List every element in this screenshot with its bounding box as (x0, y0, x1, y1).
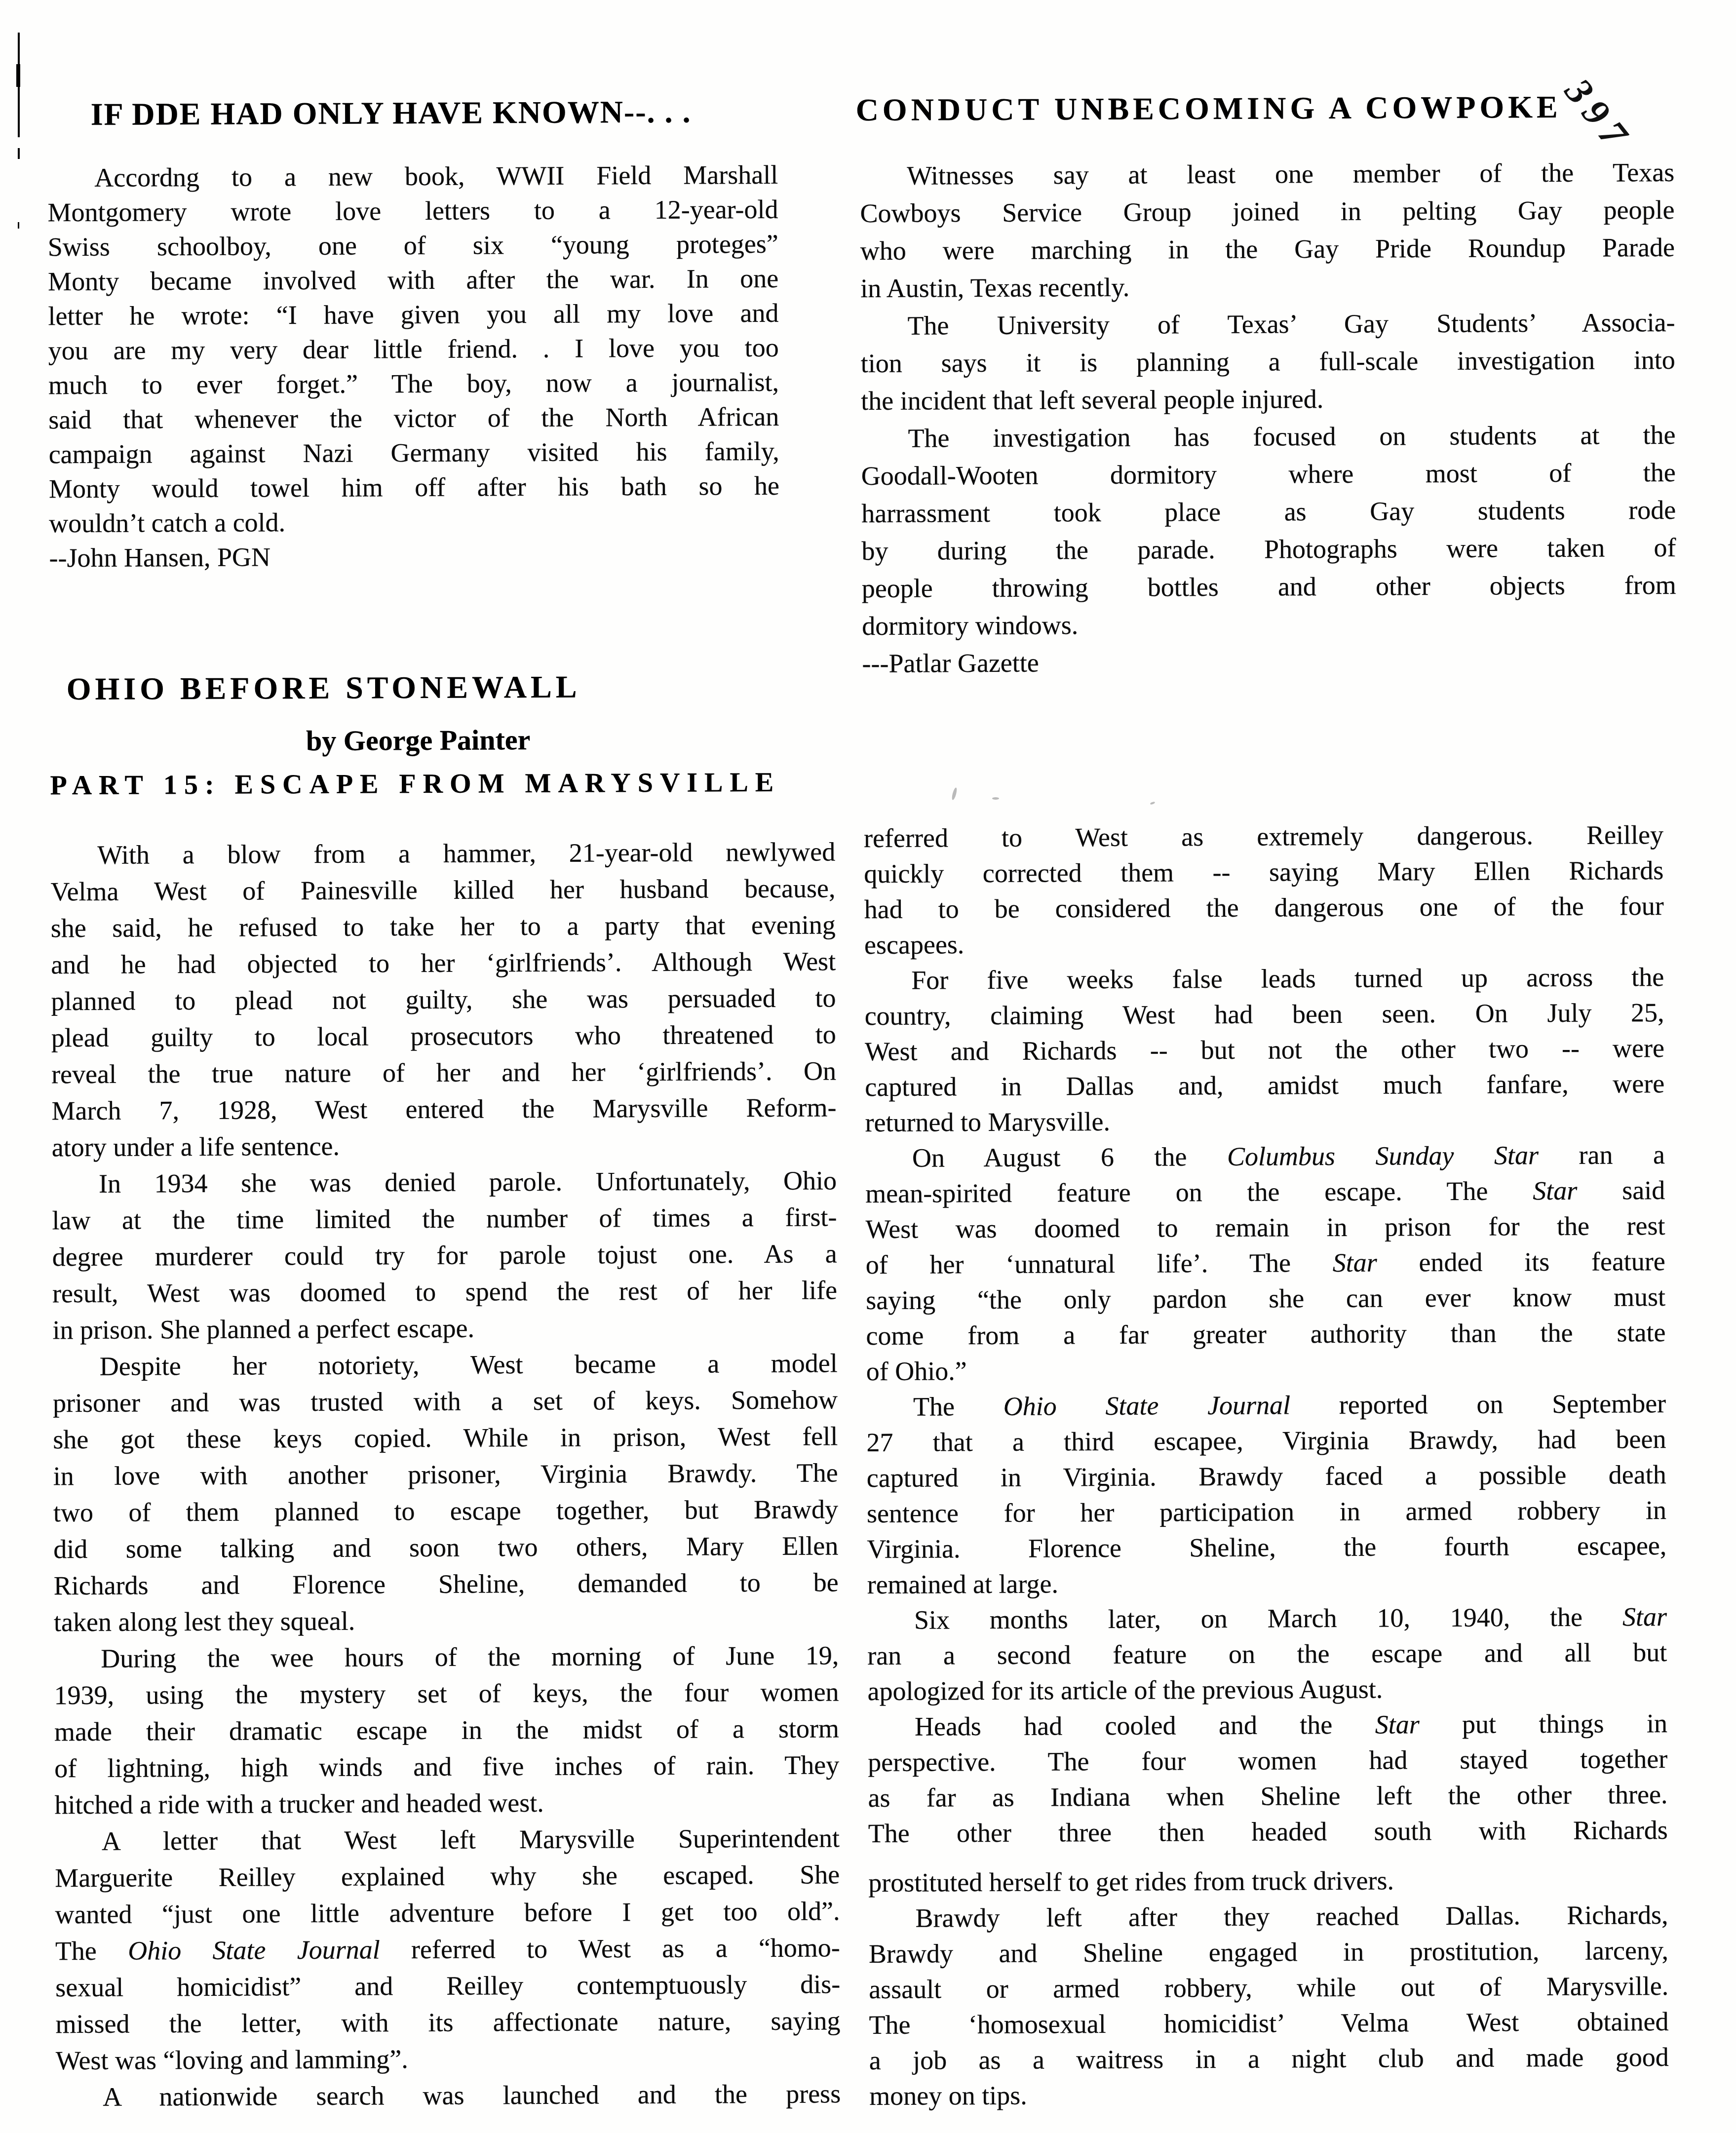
text-line: made their dramatic escape in the midst … (54, 1710, 839, 1750)
paragraph: Six months later, on March 10, 1940, the… (867, 1599, 1667, 1709)
text-line: West and Richards -- but not the other t… (865, 1030, 1664, 1069)
text-line: remained at large. (867, 1563, 1666, 1602)
text-line: people throwing bottles and other object… (862, 566, 1676, 607)
text-line: prostituted herself to get rides from tr… (868, 1862, 1668, 1900)
text-line: saying “the only pardon she can ever kno… (866, 1279, 1665, 1318)
paragraph: In 1934 she was denied parole. Unfortuna… (52, 1162, 838, 1348)
paragraph: For five weeks false leads turned up acr… (864, 959, 1665, 1140)
paragraph: During the wee hours of the morning of J… (54, 1637, 840, 1823)
text-line: The Ohio State Journal reported on Septe… (866, 1386, 1666, 1425)
text-line: With a blow from a hammer, 21-year-old n… (50, 833, 835, 873)
text-line: Brawdy and Sheline engaged in prostituti… (869, 1933, 1668, 1972)
text-line: assault or armed robbery, while out of M… (869, 1968, 1668, 2007)
text-line: in love with another prisoner, Virginia … (53, 1454, 838, 1494)
text-line: come from a far greater authority than t… (866, 1315, 1665, 1354)
text-line: letter he wrote: “I have given you all m… (48, 296, 778, 333)
page-content: 397 IF DDE HAD ONLY HAVE KNOWN--. . . CO… (0, 0, 1736, 2133)
text-line: The other three then headed south with R… (868, 1812, 1668, 1851)
text-line: you are my very dear little friend. . I … (48, 330, 779, 368)
text-line: During the wee hours of the morning of J… (54, 1637, 839, 1677)
text-line: returned to Marysville. (865, 1101, 1664, 1140)
paragraph: referred to West as extremely dangerous.… (864, 817, 1664, 963)
text-line: Marguerite Reilley explained why she esc… (55, 1856, 840, 1896)
text-line: atory under a life sentence. (52, 1125, 837, 1165)
handwritten-page-number: 397 (1556, 70, 1642, 161)
text-line: of Ohio.” (866, 1350, 1666, 1389)
text-line: sentence for her participation in armed … (867, 1492, 1666, 1531)
text-line: did some talking and soon two others, Ma… (53, 1527, 838, 1567)
paragraph: The investigation has focused on student… (861, 416, 1676, 645)
text-line: --John Hansen, PGN (49, 538, 779, 575)
text-line: wouldn’t catch a cold. (49, 503, 779, 541)
text-line: much to ever forget.” The boy, now a jou… (48, 365, 779, 402)
text-line: missed the letter, with its affectionate… (55, 2002, 840, 2042)
text-line: money on tips. (869, 2075, 1669, 2114)
paragraph: On August 6 the Columbus Sunday Star ran… (865, 1137, 1666, 1389)
text-line: 1939, using the mystery set of keys, the… (54, 1673, 839, 1713)
text-line: For five weeks false leads turned up acr… (864, 959, 1664, 998)
text-line: wanted “just one little adventure before… (55, 1893, 840, 1933)
text-line: country, claiming West had been seen. On… (864, 995, 1664, 1034)
text-line: who were marching in the Gay Pride Round… (860, 229, 1675, 270)
text-line: West was “loving and lamming”. (56, 2039, 841, 2079)
text-line: On August 6 the Columbus Sunday Star ran… (865, 1137, 1665, 1176)
paragraph: Brawdy left after they reached Dallas. R… (868, 1897, 1669, 2114)
text-line: The Ohio State Journal referred to West … (55, 1929, 840, 1969)
text-line: plead guilty to local prosecutors who th… (51, 1016, 836, 1056)
article-body-ohio-right-column: referred to West as extremely dangerous.… (864, 817, 1669, 2114)
text-line: of lightning, high winds and five inches… (54, 1746, 839, 1786)
text-line: Brawdy left after they reached Dallas. R… (868, 1897, 1668, 1936)
text-line: Heads had cooled and the Star put things… (868, 1706, 1667, 1745)
article-headline-dde: IF DDE HAD ONLY HAVE KNOWN--. . . (90, 94, 691, 133)
paragraph: Accordng to a new book, WWII Field Marsh… (47, 157, 779, 541)
paragraph: Despite her notoriety, West became a mod… (52, 1345, 839, 1640)
text-line: sexual homicidist” and Reilley contemptu… (55, 1966, 840, 2006)
scanned-newsletter-page: 397 IF DDE HAD ONLY HAVE KNOWN--. . . CO… (0, 0, 1736, 2133)
text-line: taken along lest they squeal. (54, 1600, 839, 1640)
text-line: Virginia. Florence Sheline, the fourth e… (867, 1528, 1666, 1567)
article-body-cowpoke: Witnesses say at least one member of the… (860, 154, 1677, 682)
text-line: in prison. She planned a perfect escape. (52, 1308, 837, 1348)
text-line: Swiss schoolboy, one of six “young prote… (48, 227, 778, 264)
text-line: in Austin, Texas recently. (860, 266, 1675, 307)
text-line: ran a second feature on the escape and a… (867, 1634, 1667, 1673)
text-line: dormitory windows. (862, 604, 1676, 645)
text-line: The investigation has focused on student… (861, 416, 1675, 457)
text-line: campaign against Nazi Germany visited hi… (48, 434, 779, 471)
text-line: quickly corrected them -- saying Mary El… (864, 853, 1663, 892)
text-line: Goodall-Wooten dormitory where most of t… (861, 454, 1676, 495)
text-line: The ‘homosexual homicidist’ Velma West o… (869, 2004, 1668, 2043)
article-headline-ohio: OHIO BEFORE STONEWALL (66, 669, 580, 708)
text-line: said that whenever the victor of the Nor… (48, 399, 779, 437)
text-line: harrassment took place as Gay students r… (861, 491, 1676, 532)
paragraph: A letter that West left Marysville Super… (55, 1820, 841, 2079)
text-line: The University of Texas’ Gay Students’ A… (860, 304, 1675, 345)
article-byline-ohio: by George Painter (48, 722, 788, 759)
text-line: referred to West as extremely dangerous.… (864, 817, 1663, 856)
paragraph: Witnesses say at least one member of the… (860, 154, 1675, 307)
text-line: of her ‘unnatural life’. The Star ended … (866, 1243, 1665, 1282)
paragraph: Heads had cooled and the Star put things… (868, 1706, 1668, 1851)
text-line: Cowboys Service Group joined in pelting … (860, 191, 1674, 232)
text-line: apologized for its article of the previo… (867, 1670, 1667, 1709)
text-line: Six months later, on March 10, 1940, the… (867, 1599, 1667, 1638)
paragraph: --John Hansen, PGN (49, 538, 779, 575)
text-line: Accordng to a new book, WWII Field Marsh… (47, 157, 778, 195)
text-line: Richards and Florence Sheline, demanded … (53, 1564, 838, 1604)
text-line: A letter that West left Marysville Super… (55, 1820, 840, 1860)
paragraph: ---Patlar Gazette (862, 641, 1676, 682)
text-line: she said, he refused to take her to a pa… (51, 906, 836, 946)
paragraph: The Ohio State Journal reported on Septe… (866, 1386, 1667, 1602)
paragraph: With a blow from a hammer, 21-year-old n… (50, 833, 837, 1165)
text-line: two of them planned to escape together, … (53, 1491, 838, 1531)
article-body-ohio-left-column: With a blow from a hammer, 21-year-old n… (50, 833, 841, 2115)
text-line: captured in Dallas and, amidst much fanf… (865, 1066, 1664, 1105)
text-line: result, West was doomed to spend the res… (52, 1272, 837, 1312)
text-line: planned to plead not guilty, she was per… (51, 979, 836, 1019)
text-line: Velma West of Painesville killed her hus… (50, 870, 835, 910)
text-line: West was doomed to remain in prison for … (865, 1208, 1665, 1247)
text-line: Monty became involved with after the war… (48, 261, 778, 299)
text-line: a job as a waitress in a night club and … (869, 2039, 1669, 2078)
text-line: had to be considered the dangerous one o… (864, 888, 1663, 927)
text-line: In 1934 she was denied parole. Unfortuna… (52, 1162, 837, 1202)
article-headline-cowpoke: CONDUCT UNBECOMING A COWPOKE (855, 89, 1561, 128)
text-line: prisoner and was trusted with a set of k… (53, 1381, 838, 1421)
text-line: perspective. The four women had stayed t… (868, 1741, 1667, 1780)
text-line: by during the parade. Photographs were t… (861, 529, 1676, 570)
text-line: Montgomery wrote love letters to a 12-ye… (47, 192, 778, 230)
paragraph: The University of Texas’ Gay Students’ A… (860, 304, 1675, 420)
text-line: March 7, 1928, West entered the Marysvil… (51, 1089, 836, 1129)
text-line: hitched a ride with a trucker and headed… (54, 1783, 839, 1823)
text-line: captured in Virginia. Brawdy faced a pos… (866, 1457, 1666, 1496)
text-line: she got these keys copied. While in pris… (53, 1418, 838, 1458)
text-line: tion says it is planning a full-scale in… (861, 341, 1675, 382)
text-line: A nationwide search was launched and the… (56, 2075, 841, 2115)
text-line: degree murderer could try for parole toj… (52, 1235, 837, 1275)
paragraph: prostituted herself to get rides from tr… (868, 1862, 1668, 1900)
article-part-heading: PART 15: ESCAPE FROM MARYSVILLE (50, 767, 780, 801)
paragraph: A nationwide search was launched and the… (56, 2075, 841, 2115)
text-line: law at the time limited the number of ti… (52, 1199, 837, 1239)
text-line: the incident that left several people in… (861, 379, 1675, 420)
text-line: and he had objected to her ‘girlfriends’… (51, 943, 836, 983)
text-line: ---Patlar Gazette (862, 641, 1676, 682)
text-line: Despite her notoriety, West became a mod… (52, 1345, 837, 1385)
text-line: reveal the true nature of her and her ‘g… (51, 1052, 836, 1092)
text-line: as far as Indiana when Sheline left the … (868, 1777, 1667, 1816)
text-line: mean-spirited feature on the escape. The… (865, 1172, 1665, 1211)
text-line: 27 that a third escapee, Virginia Brawdy… (866, 1421, 1666, 1460)
text-line: Monty would towel him off after his bath… (49, 468, 779, 506)
text-line: Witnesses say at least one member of the… (860, 154, 1674, 194)
article-body-dde: Accordng to a new book, WWII Field Marsh… (47, 157, 780, 575)
text-line: escapees. (864, 924, 1664, 963)
